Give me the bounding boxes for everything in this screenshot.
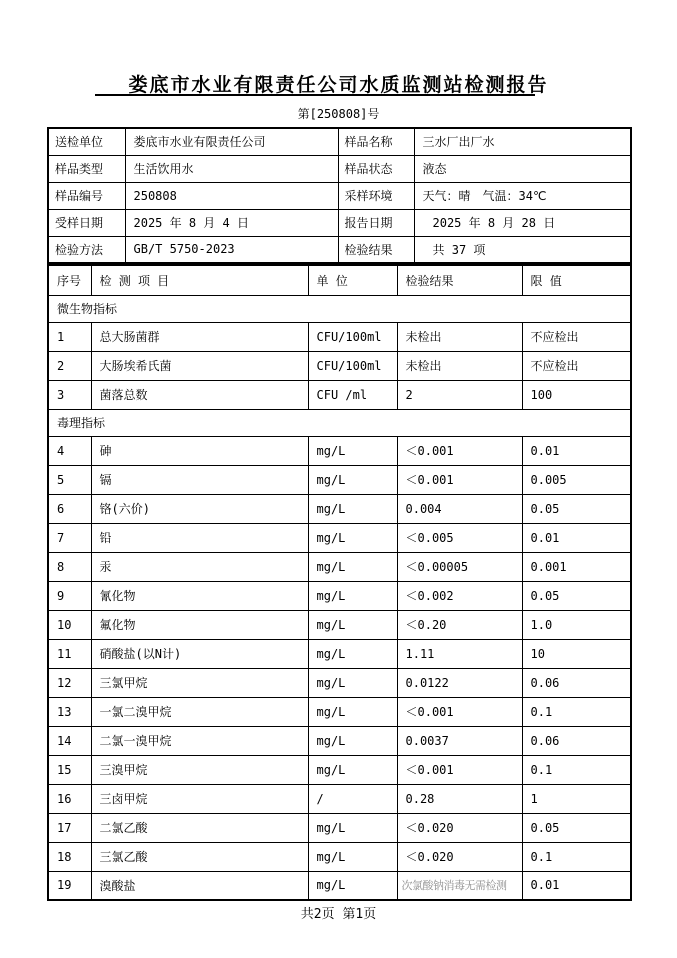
report-number: 第[250808]号 — [0, 105, 677, 122]
info-label: 受样日期 — [48, 209, 125, 236]
cell-limit: 1.0 — [522, 610, 631, 639]
cell-limit: 不应检出 — [522, 351, 631, 380]
cell-no: 9 — [48, 581, 91, 610]
info-value: 天气：晴 气温：34℃ — [414, 182, 631, 209]
cell-unit: / — [308, 784, 397, 813]
cell-no: 17 — [48, 813, 91, 842]
cell-result: ＜0.001 — [397, 436, 522, 465]
cell-result: ＜0.005 — [397, 523, 522, 552]
info-row: 样品编号 250808 采样环境 天气：晴 气温：34℃ — [48, 182, 631, 209]
cell-result: 未检出 — [397, 351, 522, 380]
page-number: 共2页 第1页 — [0, 903, 677, 922]
table-row: 16 三卤甲烷 / 0.28 1 — [48, 784, 631, 813]
cell-result: 未检出 — [397, 322, 522, 351]
col-header-unit: 单 位 — [308, 265, 397, 295]
info-label: 样品类型 — [48, 155, 125, 182]
cell-item: 汞 — [91, 552, 308, 581]
cell-result: ＜0.001 — [397, 755, 522, 784]
info-value: 娄底市水业有限责任公司 — [125, 128, 338, 155]
cell-unit: mg/L — [308, 610, 397, 639]
cell-result: ＜0.002 — [397, 581, 522, 610]
cell-limit: 0.1 — [522, 697, 631, 726]
cell-no: 12 — [48, 668, 91, 697]
page-title: 娄底市水业有限责任公司水质监测站检测报告 — [0, 70, 677, 97]
cell-limit: 0.05 — [522, 813, 631, 842]
cell-unit: CFU /ml — [308, 380, 397, 409]
cell-item: 二氯乙酸 — [91, 813, 308, 842]
cell-item: 镉 — [91, 465, 308, 494]
info-label: 检验方法 — [48, 236, 125, 263]
cell-limit: 10 — [522, 639, 631, 668]
cell-limit: 0.06 — [522, 668, 631, 697]
cell-item: 三氯乙酸 — [91, 842, 308, 871]
col-header-result: 检验结果 — [397, 265, 522, 295]
cell-no: 11 — [48, 639, 91, 668]
info-label: 样品名称 — [338, 128, 414, 155]
cell-result: 0.0122 — [397, 668, 522, 697]
table-row: 12 三氯甲烷 mg/L 0.0122 0.06 — [48, 668, 631, 697]
cell-item: 三溴甲烷 — [91, 755, 308, 784]
info-label: 采样环境 — [338, 182, 414, 209]
cell-unit: mg/L — [308, 726, 397, 755]
cell-limit: 100 — [522, 380, 631, 409]
cell-no: 13 — [48, 697, 91, 726]
report-page: 娄底市水业有限责任公司水质监测站检测报告 第[250808]号 送检单位 娄底市… — [0, 0, 677, 958]
cell-item: 溴酸盐 — [91, 871, 308, 900]
cell-unit: mg/L — [308, 494, 397, 523]
cell-result: 0.004 — [397, 494, 522, 523]
section-title: 微生物指标 — [48, 295, 631, 322]
cell-unit: mg/L — [308, 697, 397, 726]
section-row-toxicological: 毒理指标 — [48, 409, 631, 436]
cell-no: 4 — [48, 436, 91, 465]
info-value: 三水厂出厂水 — [414, 128, 631, 155]
cell-item: 总大肠菌群 — [91, 322, 308, 351]
cell-no: 15 — [48, 755, 91, 784]
table-row: 7 铅 mg/L ＜0.005 0.01 — [48, 523, 631, 552]
table-row: 1 总大肠菌群 CFU/100ml 未检出 不应检出 — [48, 322, 631, 351]
cell-limit: 0.1 — [522, 755, 631, 784]
info-label: 样品状态 — [338, 155, 414, 182]
cell-result: ＜0.001 — [397, 465, 522, 494]
col-header-limit: 限 值 — [522, 265, 631, 295]
info-label: 送检单位 — [48, 128, 125, 155]
cell-item: 二氯一溴甲烷 — [91, 726, 308, 755]
table-row: 2 大肠埃希氏菌 CFU/100ml 未检出 不应检出 — [48, 351, 631, 380]
table-row: 3 菌落总数 CFU /ml 2 100 — [48, 380, 631, 409]
cell-limit: 0.06 — [522, 726, 631, 755]
cell-no: 1 — [48, 322, 91, 351]
table-row: 15 三溴甲烷 mg/L ＜0.001 0.1 — [48, 755, 631, 784]
cell-limit: 1 — [522, 784, 631, 813]
cell-no: 18 — [48, 842, 91, 871]
cell-unit: mg/L — [308, 465, 397, 494]
info-value: 2025 年 8 月 4 日 — [125, 209, 338, 236]
table-row: 5 镉 mg/L ＜0.001 0.005 — [48, 465, 631, 494]
cell-limit: 0.1 — [522, 842, 631, 871]
cell-unit: mg/L — [308, 842, 397, 871]
table-row: 19 溴酸盐 mg/L 次氯酸钠消毒无需检测 0.01 — [48, 871, 631, 900]
cell-unit: CFU/100ml — [308, 322, 397, 351]
cell-item: 砷 — [91, 436, 308, 465]
info-row: 检验方法 GB/T 5750-2023 检验结果 共 37 项 — [48, 236, 631, 263]
cell-unit: mg/L — [308, 581, 397, 610]
cell-limit: 0.01 — [522, 523, 631, 552]
cell-no: 2 — [48, 351, 91, 380]
col-header-no: 序号 — [48, 265, 91, 295]
cell-result: ＜0.00005 — [397, 552, 522, 581]
cell-item: 硝酸盐(以N计) — [91, 639, 308, 668]
title-underline — [95, 94, 535, 96]
table-row: 10 氟化物 mg/L ＜0.20 1.0 — [48, 610, 631, 639]
cell-item: 三氯甲烷 — [91, 668, 308, 697]
cell-unit: mg/L — [308, 755, 397, 784]
cell-unit: CFU/100ml — [308, 351, 397, 380]
cell-result-note: 次氯酸钠消毒无需检测 — [397, 871, 522, 900]
info-row: 送检单位 娄底市水业有限责任公司 样品名称 三水厂出厂水 — [48, 128, 631, 155]
info-row: 样品类型 生活饮用水 样品状态 液态 — [48, 155, 631, 182]
table-row: 13 一氯二溴甲烷 mg/L ＜0.001 0.1 — [48, 697, 631, 726]
sample-info-table: 送检单位 娄底市水业有限责任公司 样品名称 三水厂出厂水 样品类型 生活饮用水 … — [47, 127, 632, 264]
cell-result: ＜0.020 — [397, 842, 522, 871]
info-value: 液态 — [414, 155, 631, 182]
results-header-row: 序号 检 测 项 目 单 位 检验结果 限 值 — [48, 265, 631, 295]
cell-result: 0.0037 — [397, 726, 522, 755]
cell-unit: mg/L — [308, 552, 397, 581]
cell-unit: mg/L — [308, 639, 397, 668]
col-header-item: 检 测 项 目 — [91, 265, 308, 295]
cell-result: 0.28 — [397, 784, 522, 813]
table-row: 4 砷 mg/L ＜0.001 0.01 — [48, 436, 631, 465]
cell-result: 1.11 — [397, 639, 522, 668]
section-row-microbiological: 微生物指标 — [48, 295, 631, 322]
cell-unit: mg/L — [308, 668, 397, 697]
cell-item: 铅 — [91, 523, 308, 552]
info-row: 受样日期 2025 年 8 月 4 日 报告日期 2025 年 8 月 28 日 — [48, 209, 631, 236]
info-label: 检验结果 — [338, 236, 414, 263]
info-value: 共 37 项 — [414, 236, 631, 263]
cell-no: 14 — [48, 726, 91, 755]
cell-limit: 不应检出 — [522, 322, 631, 351]
cell-no: 19 — [48, 871, 91, 900]
table-row: 9 氰化物 mg/L ＜0.002 0.05 — [48, 581, 631, 610]
cell-result: 2 — [397, 380, 522, 409]
table-row: 11 硝酸盐(以N计) mg/L 1.11 10 — [48, 639, 631, 668]
cell-no: 8 — [48, 552, 91, 581]
cell-unit: mg/L — [308, 871, 397, 900]
table-row: 8 汞 mg/L ＜0.00005 0.001 — [48, 552, 631, 581]
info-label: 样品编号 — [48, 182, 125, 209]
cell-item: 铬(六价) — [91, 494, 308, 523]
cell-item: 氰化物 — [91, 581, 308, 610]
cell-limit: 0.01 — [522, 436, 631, 465]
cell-no: 3 — [48, 380, 91, 409]
cell-no: 16 — [48, 784, 91, 813]
table-row: 6 铬(六价) mg/L 0.004 0.05 — [48, 494, 631, 523]
info-label: 报告日期 — [338, 209, 414, 236]
cell-limit: 0.005 — [522, 465, 631, 494]
cell-no: 10 — [48, 610, 91, 639]
info-value: 生活饮用水 — [125, 155, 338, 182]
info-value: 2025 年 8 月 28 日 — [414, 209, 631, 236]
cell-item: 三卤甲烷 — [91, 784, 308, 813]
cell-unit: mg/L — [308, 436, 397, 465]
results-table: 序号 检 测 项 目 单 位 检验结果 限 值 微生物指标 1 总大肠菌群 CF… — [47, 264, 632, 901]
info-value: 250808 — [125, 182, 338, 209]
cell-unit: mg/L — [308, 813, 397, 842]
cell-limit: 0.05 — [522, 494, 631, 523]
cell-limit: 0.001 — [522, 552, 631, 581]
cell-no: 6 — [48, 494, 91, 523]
section-title: 毒理指标 — [48, 409, 631, 436]
cell-item: 菌落总数 — [91, 380, 308, 409]
cell-result: ＜0.001 — [397, 697, 522, 726]
table-row: 17 二氯乙酸 mg/L ＜0.020 0.05 — [48, 813, 631, 842]
cell-result: ＜0.20 — [397, 610, 522, 639]
table-row: 18 三氯乙酸 mg/L ＜0.020 0.1 — [48, 842, 631, 871]
cell-item: 一氯二溴甲烷 — [91, 697, 308, 726]
cell-no: 5 — [48, 465, 91, 494]
cell-no: 7 — [48, 523, 91, 552]
cell-limit: 0.05 — [522, 581, 631, 610]
table-row: 14 二氯一溴甲烷 mg/L 0.0037 0.06 — [48, 726, 631, 755]
cell-result: ＜0.020 — [397, 813, 522, 842]
info-value: GB/T 5750-2023 — [125, 236, 338, 263]
cell-item: 氟化物 — [91, 610, 308, 639]
cell-unit: mg/L — [308, 523, 397, 552]
cell-item: 大肠埃希氏菌 — [91, 351, 308, 380]
cell-limit: 0.01 — [522, 871, 631, 900]
